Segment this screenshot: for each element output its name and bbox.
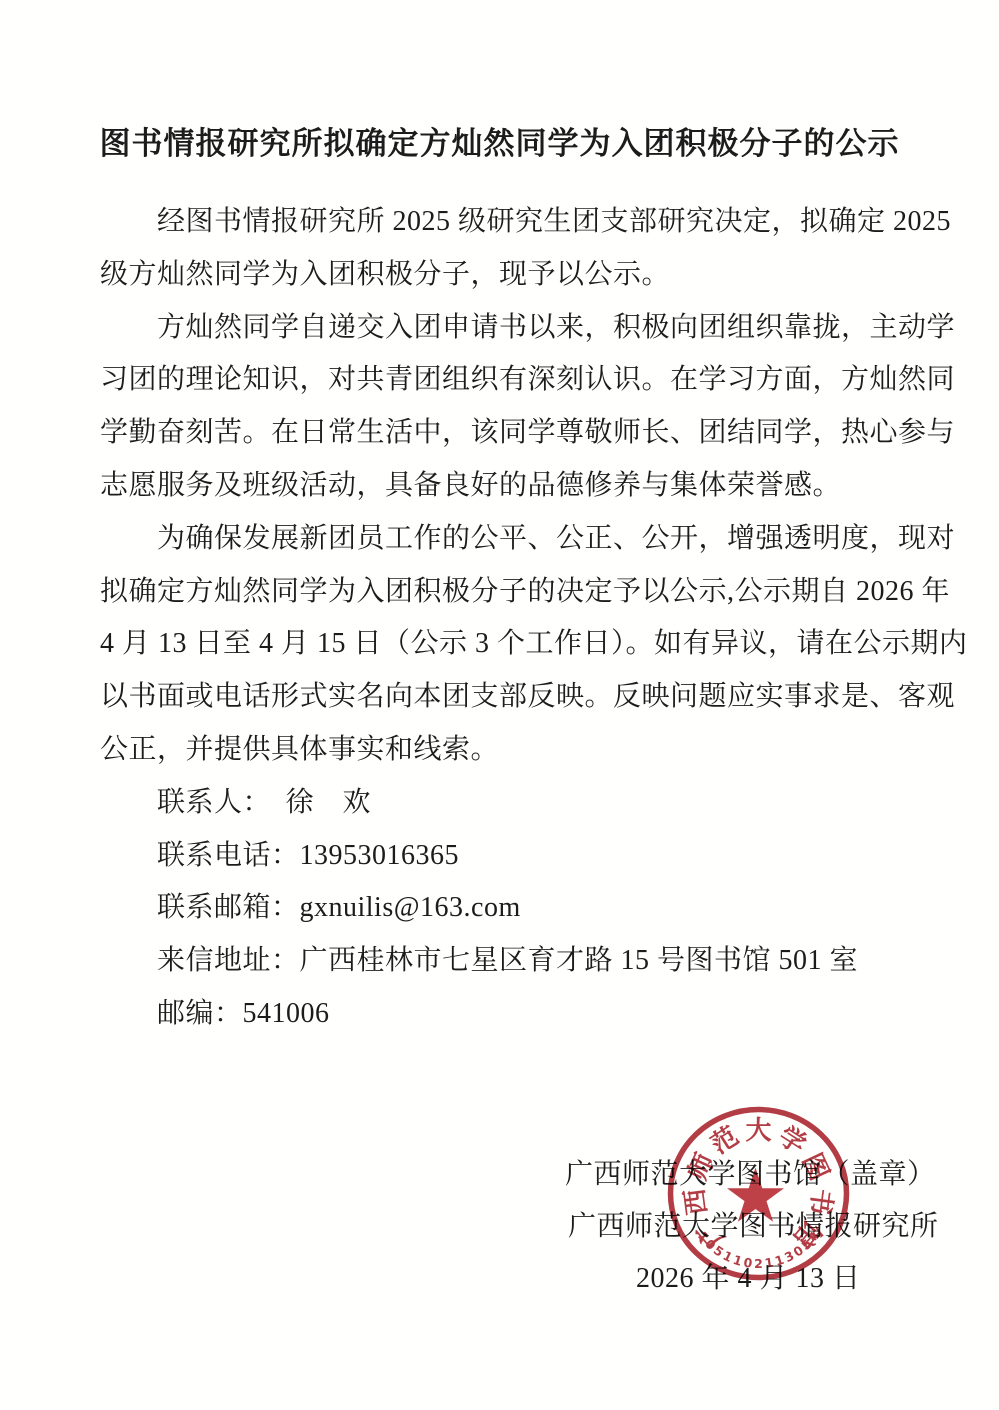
contact-email-line: 联系邮箱：gxnuilis@163.com (100, 882, 915, 935)
svg-text:大: 大 (745, 1116, 771, 1145)
body-line: 学勤奋刻苦。在日常生活中，该同学尊敬师长、团结同学，热心参与 (100, 407, 915, 460)
svg-text:图: 图 (797, 1149, 834, 1185)
svg-text:师: 师 (683, 1149, 720, 1185)
svg-text:0: 0 (743, 1255, 754, 1271)
body-line: 4 月 13 日至 4 月 15 日（公示 3 个工作日）。如有异议，请在公示期… (100, 618, 915, 671)
svg-text:书: 书 (805, 1187, 837, 1217)
body-line: 级方灿然同学为入团积极分子，现予以公示。 (100, 249, 915, 302)
contact-person-line: 联系人： 徐 欢 (100, 777, 915, 830)
document-body: 经图书情报研究所 2025 级研究生团支部研究决定，拟确定 2025 级方灿然同… (100, 196, 915, 1041)
body-line: 经图书情报研究所 2025 级研究生团支部研究决定，拟确定 2025 (100, 196, 915, 249)
document-title: 图书情报研究所拟确定方灿然同学为入团积极分子的公示 (0, 118, 999, 163)
body-line: 公正，并提供具体事实和线索。 (100, 724, 915, 777)
scanned-announcement-page: 图书情报研究所拟确定方灿然同学为入团积极分子的公示 经图书情报研究所 2025 … (0, 0, 999, 1410)
body-line: 为确保发展新团员工作的公平、公正、公开，增强透明度，现对 (100, 513, 915, 566)
contact-phone-line: 联系电话：13953016365 (100, 830, 915, 883)
svg-text:学: 学 (774, 1121, 812, 1159)
svg-text:范: 范 (706, 1121, 744, 1159)
official-seal-stamp: 广西师范大学图书馆4503112011501 (664, 1099, 853, 1288)
body-line: 以书面或电话形式实名向本团支部反映。反映问题应实事求是、客观 (100, 671, 915, 724)
body-line: 习团的理论知识，对共青团组织有深刻认识。在学习方面，方灿然同 (100, 354, 915, 407)
body-line: 拟确定方灿然同学为入团积极分子的决定予以公示,公示期自 2026 年 (100, 566, 915, 619)
svg-text:2: 2 (754, 1256, 763, 1271)
body-line: 志愿服务及班级活动，具备良好的品德修养与集体荣誉感。 (100, 460, 915, 513)
body-line: 方灿然同学自递交入团申请书以来，积极向团组织靠拢，主动学 (100, 302, 915, 355)
svg-text:西: 西 (680, 1187, 712, 1217)
contact-address-line: 来信地址：广西桂林市七星区育才路 15 号图书馆 501 室 (100, 935, 915, 988)
contact-postcode-line: 邮编：541006 (100, 988, 915, 1041)
